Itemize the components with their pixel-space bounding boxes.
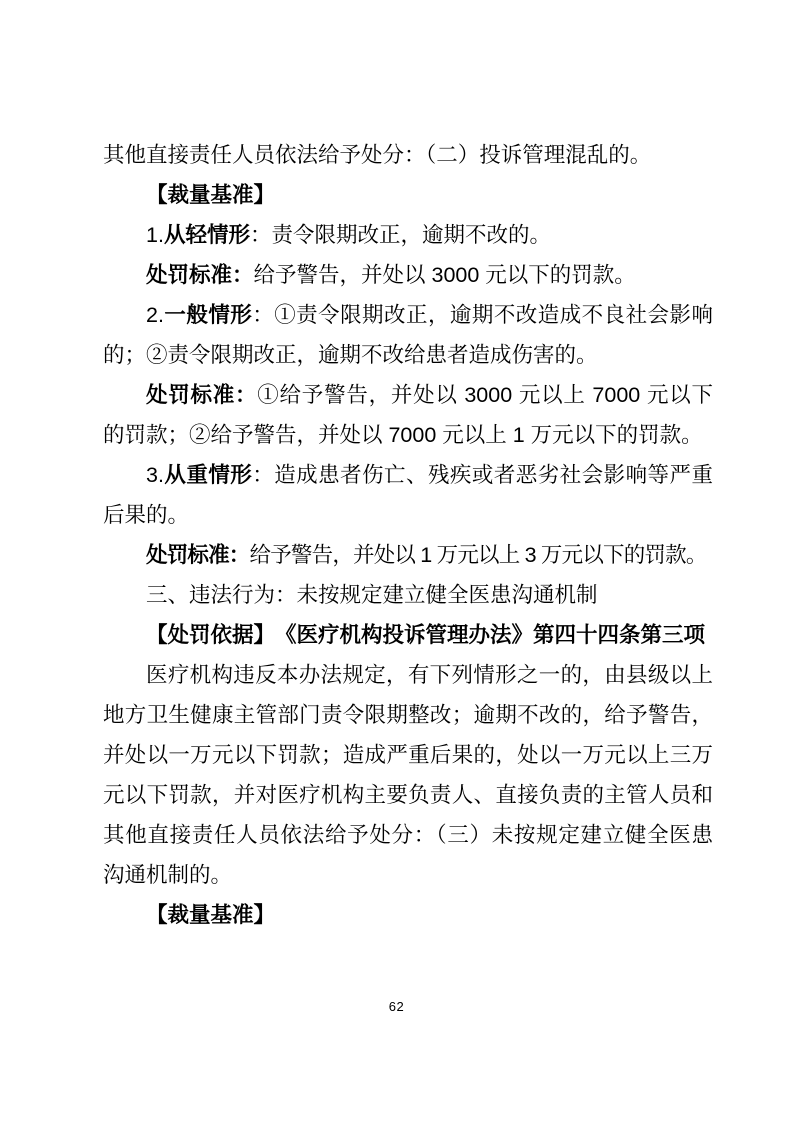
paragraph-violation-item3-title: 三、违法行为：未按规定建立健全医患沟通机制 [103,575,713,615]
text-run: ：责令限期改正，逾期不改的。 [250,223,551,247]
text-run: 医疗机构违反本办法规定，有下列情形之一的，由县级以上地方卫生健康主管部门责令限期… [103,663,713,887]
paragraph-severe-circumstance: 3.从重情形：造成患者伤亡、残疾或者恶劣社会影响等严重后果的。 [103,455,713,535]
bold-text-run: 处罚标准： [146,543,250,567]
text-run: 1. [146,223,164,247]
paragraph-regulation-article44: 医疗机构违反本办法规定，有下列情形之一的，由县级以上地方卫生健康主管部门责令限期… [103,655,713,895]
heading-penalty-basis: 【处罚依据】 《医疗机构投诉管理办法》第四十四条第三项 [103,615,713,655]
document-body: 其他直接责任人员依法给予处分：（二）投诉管理混乱的。【裁量基准】1.从轻情形：责… [103,135,713,935]
bold-text-run: 处罚标准： [146,263,254,287]
paragraph-penalty-tail-item2: 其他直接责任人员依法给予处分：（二）投诉管理混乱的。 [103,135,713,175]
paragraph-penalty-standard-1: 处罚标准：给予警告，并处以 3000 元以下的罚款。 [103,255,713,295]
text-run: 三、违法行为：未按规定建立健全医患沟通机制 [146,583,598,607]
bold-text-run: 【裁量基准】 [146,903,275,927]
heading-discretion-benchmark-1: 【裁量基准】 [103,175,713,215]
text-run: 其他直接责任人员依法给予处分：（二）投诉管理混乱的。 [103,143,651,167]
bold-text-run: 从轻情形 [164,223,250,247]
bold-text-run: 从重情形 [164,463,252,487]
paragraph-general-circumstance: 2.一般情形：①责令限期改正，逾期不改造成不良社会影响的；②责令限期改正，逾期不… [103,295,713,375]
paragraph-penalty-standard-2: 处罚标准：①给予警告，并处以 3000 元以上 7000 元以下的罚款；②给予警… [103,375,713,455]
page-footer: 62 [0,998,793,1016]
text-run: 给予警告，并处以 1 万元以上 3 万元以下的罚款。 [250,543,707,567]
paragraph-lenient-circumstance: 1.从轻情形：责令限期改正，逾期不改的。 [103,215,713,255]
heading-discretion-benchmark-2: 【裁量基准】 [103,895,713,935]
text-run: 2. [146,303,164,327]
bold-text-run: 【处罚依据】 《医疗机构投诉管理办法》第四十四条第三项 [146,623,705,647]
text-run: 给予警告，并处以 3000 元以下的罚款。 [254,263,636,287]
bold-text-run: 处罚标准： [146,383,257,407]
document-page: 其他直接责任人员依法给予处分：（二）投诉管理混乱的。【裁量基准】1.从轻情形：责… [0,0,793,1122]
page-number: 62 [389,999,404,1014]
text-run: 3. [146,463,164,487]
paragraph-penalty-standard-3: 处罚标准：给予警告，并处以 1 万元以上 3 万元以下的罚款。 [103,535,713,575]
bold-text-run: 一般情形 [164,303,252,327]
bold-text-run: 【裁量基准】 [146,183,275,207]
